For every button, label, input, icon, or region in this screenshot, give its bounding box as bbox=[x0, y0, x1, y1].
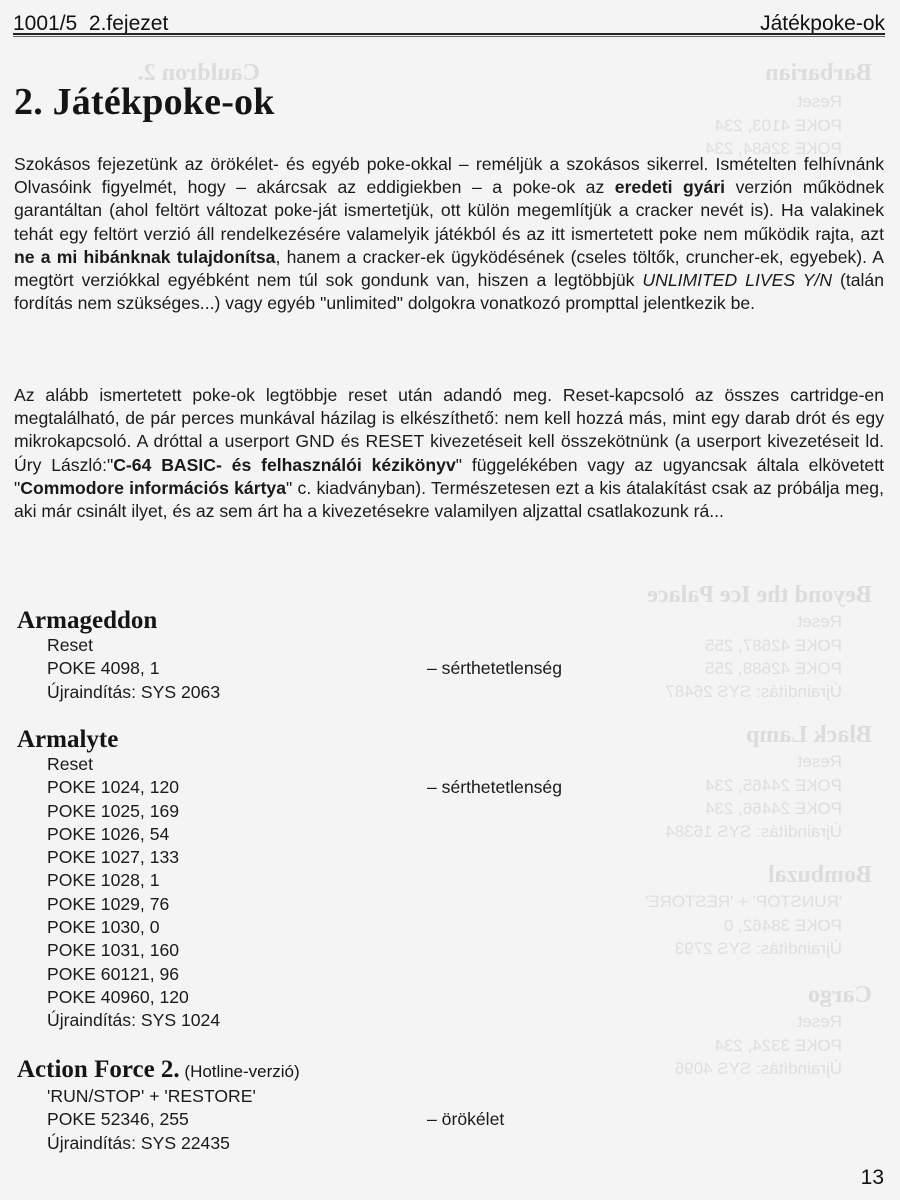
poke-command: POKE 1026, 54 bbox=[47, 824, 169, 844]
poke-command: 'RUN/STOP' + 'RESTORE' bbox=[47, 1086, 256, 1106]
game-title: Armalyte bbox=[17, 727, 637, 753]
poke-command: POKE 1027, 133 bbox=[47, 847, 179, 867]
bold-emphasis: ne a mi hibánknak tulajdonítsa bbox=[14, 247, 275, 267]
poke-line: POKE 4098, 1– sérthetetlenség bbox=[47, 657, 637, 680]
poke-line: POKE 1028, 1 bbox=[47, 869, 637, 892]
poke-line: POKE 1026, 54 bbox=[47, 823, 637, 846]
bold-emphasis: eredeti gyári bbox=[615, 177, 725, 197]
game-title: Armageddon bbox=[17, 608, 637, 634]
poke-line: Újraindítás: SYS 1024 bbox=[47, 1009, 637, 1032]
poke-line: POKE 1030, 0 bbox=[47, 916, 637, 939]
poke-command: POKE 52346, 255 bbox=[47, 1109, 189, 1129]
poke-effect: – sérthetetlenség bbox=[427, 657, 562, 680]
game-title: Action Force 2. (Hotline-verzió) bbox=[17, 1057, 637, 1085]
game-name: Armageddon bbox=[17, 607, 157, 634]
poke-line: POKE 1024, 120– sérthetetlenség bbox=[47, 776, 637, 799]
poke-command: Reset bbox=[47, 754, 93, 774]
poke-line: Reset bbox=[47, 753, 637, 776]
game-entry-armalyte: ArmalyteResetPOKE 1024, 120– sérthetetle… bbox=[17, 727, 637, 1033]
poke-command: POKE 40960, 120 bbox=[47, 987, 189, 1007]
poke-command: Újraindítás: SYS 22435 bbox=[47, 1133, 230, 1153]
bold-emphasis: C-64 BASIC- és felhasználói kézikönyv bbox=[113, 455, 456, 475]
poke-command: Újraindítás: SYS 2063 bbox=[47, 682, 220, 702]
poke-line: POKE 1031, 160 bbox=[47, 939, 637, 962]
poke-command: POKE 60121, 96 bbox=[47, 964, 179, 984]
running-header: 1001/5 2.fejezet Játékpoke-ok bbox=[13, 8, 885, 36]
poke-line: POKE 40960, 120 bbox=[47, 986, 637, 1009]
poke-effect: – örökélet bbox=[427, 1108, 504, 1131]
poke-command: POKE 1024, 120 bbox=[47, 777, 179, 797]
poke-line: POKE 1025, 169 bbox=[47, 800, 637, 823]
page-number: 13 bbox=[861, 1166, 884, 1190]
bold-emphasis: Commodore információs kártya bbox=[20, 478, 286, 498]
poke-command: POKE 1025, 169 bbox=[47, 801, 179, 821]
poke-line: Újraindítás: SYS 22435 bbox=[47, 1132, 637, 1155]
poke-command: POKE 1029, 76 bbox=[47, 894, 169, 914]
poke-line: 'RUN/STOP' + 'RESTORE' bbox=[47, 1085, 637, 1108]
poke-command: POKE 1030, 0 bbox=[47, 917, 159, 937]
poke-line: Újraindítás: SYS 2063 bbox=[47, 681, 637, 704]
book-page: 1001/5 2.fejezet Játékpoke-ok 2. Játékpo… bbox=[0, 0, 900, 1200]
intro-paragraph-1: Szokásos fejezetünk az örökélet- és egyé… bbox=[14, 153, 884, 315]
game-name: Action Force 2. bbox=[17, 1056, 180, 1083]
italic-emphasis: UNLIMITED LIVES Y/N bbox=[642, 270, 832, 290]
poke-line: POKE 1027, 133 bbox=[47, 846, 637, 869]
chapter-title: 2. Játékpoke-ok bbox=[14, 80, 275, 124]
poke-command: Újraindítás: SYS 1024 bbox=[47, 1010, 220, 1030]
poke-line: POKE 52346, 255– örökélet bbox=[47, 1108, 637, 1131]
game-entry-action-force-2: Action Force 2. (Hotline-verzió)'RUN/STO… bbox=[17, 1057, 637, 1155]
poke-command: POKE 1031, 160 bbox=[47, 940, 179, 960]
game-name: Armalyte bbox=[17, 726, 118, 753]
poke-command: Reset bbox=[47, 635, 93, 655]
header-rule bbox=[13, 33, 885, 37]
poke-line: POKE 60121, 96 bbox=[47, 963, 637, 986]
intro-paragraph-2: Az alább ismertetett poke-ok legtöbbje r… bbox=[14, 384, 884, 523]
poke-line: POKE 1029, 76 bbox=[47, 893, 637, 916]
poke-command: POKE 4098, 1 bbox=[47, 658, 159, 678]
poke-effect: – sérthetetlenség bbox=[427, 776, 562, 799]
game-entry-armageddon: ArmageddonResetPOKE 4098, 1– sérthetetle… bbox=[17, 608, 637, 704]
poke-line: Reset bbox=[47, 634, 637, 657]
game-version-note: (Hotline-verzió) bbox=[180, 1062, 300, 1081]
poke-command: POKE 1028, 1 bbox=[47, 870, 159, 890]
